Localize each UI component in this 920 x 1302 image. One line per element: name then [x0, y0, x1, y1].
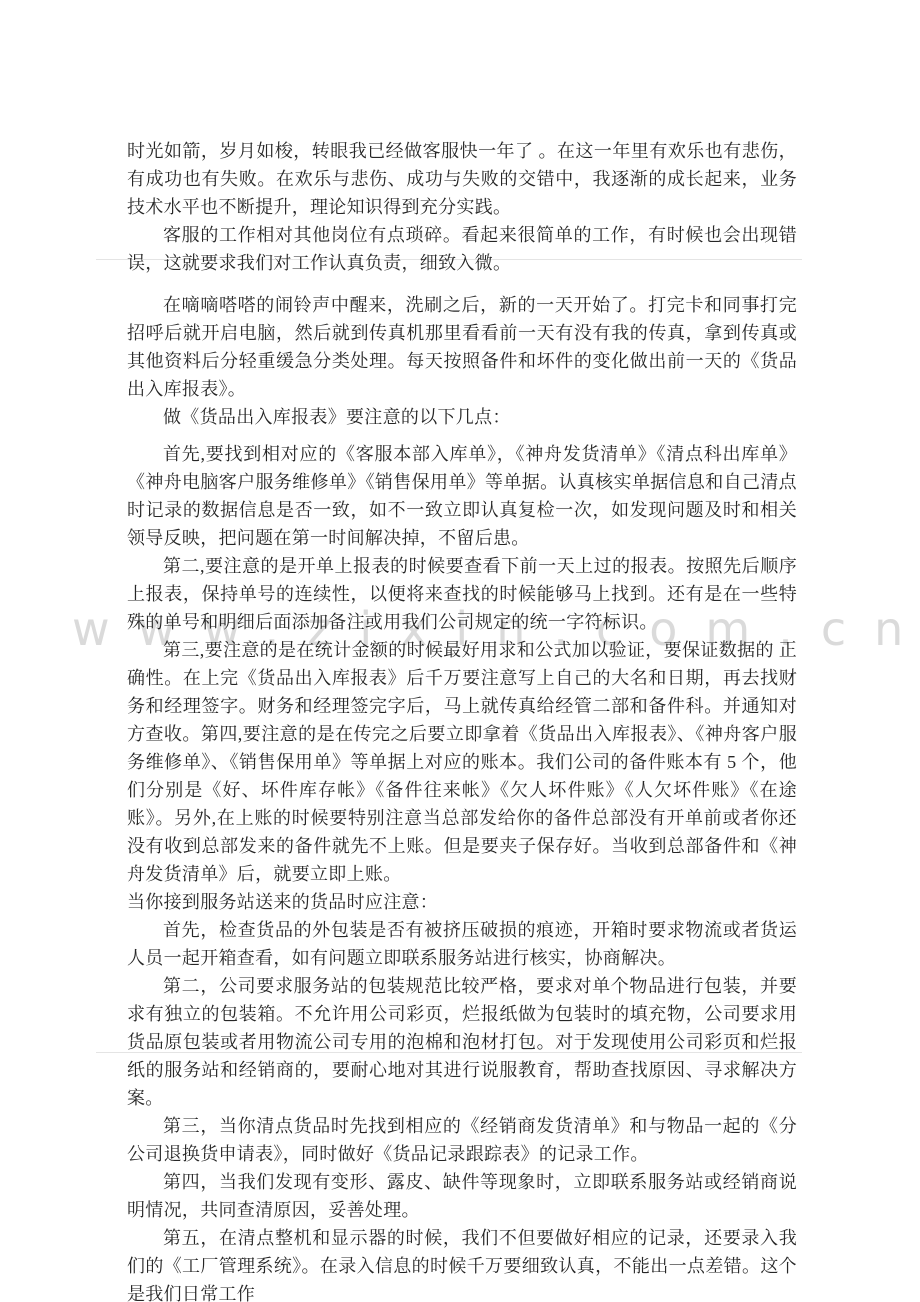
paragraph-goods-arrival-heading: 当你接到服务站送来的货品时应注意： — [127, 888, 797, 916]
document-page: www.zixin.com.cn 时光如箭，岁月如梭，转眼我已经做客服快一年了 … — [0, 0, 920, 1302]
paragraph-report-point-second: 第二,要注意的是开单上报表的时候要查看下前一天上过的报表。按照先后顺序上报表，保… — [127, 552, 797, 636]
paragraph-goods-check-fifth: 第五，在清点整机和显示器的时候，我们不但要做好相应的记录，还要录入我们的《工厂管… — [127, 1224, 797, 1302]
paragraph-service-work-nature: 客服的工作相对其他岗位有点琐碎。看起来很简单的工作，有时候也会出现错误，这就要求… — [127, 221, 797, 277]
paragraph-goods-check-second: 第二，公司要求服务站的包装规范比较严格，要求对单个物品进行包装，并要求有独立的包… — [127, 972, 797, 1112]
paragraph-time-flies: 时光如箭，岁月如梭，转眼我已经做客服快一年了 。在这一年里有欢乐也有悲伤，有成功… — [127, 137, 797, 221]
paragraph-goods-check-fourth: 第四，当我们发现有变形、露皮、缺件等现象时，立即联系服务站或经销商说明情况，共同… — [127, 1168, 797, 1224]
document-body: 时光如箭，岁月如梭，转眼我已经做客服快一年了 。在这一年里有欢乐也有悲伤，有成功… — [127, 137, 797, 1302]
paragraph-goods-check-third: 第三，当你清点货品时先找到相应的《经销商发货清单》和与物品一起的《分公司退换货申… — [127, 1112, 797, 1168]
paragraph-report-point-third-fourth: 第三,要注意的是在统计金额的时候最好用求和公式加以验证，要保证数据的 正确性。在… — [127, 636, 797, 888]
paragraph-report-point-first: 首先,要找到相对应的《客服本部入库单》，《神舟发货清单》《清点科出库单》《神舟电… — [127, 440, 797, 552]
paragraph-report-notes-heading: 做《货品出入库报表》要注意的以下几点： — [127, 403, 797, 431]
paragraph-goods-check-first: 首先，检查货品的外包装是否有被挤压破损的痕迹，开箱时要求物流或者货运人员一起开箱… — [127, 916, 797, 972]
paragraph-morning-routine: 在嘀嘀嗒嗒的闹铃声中醒来，洗刷之后，新的一天开始了。打完卡和同事打完招呼后就开启… — [127, 291, 797, 403]
